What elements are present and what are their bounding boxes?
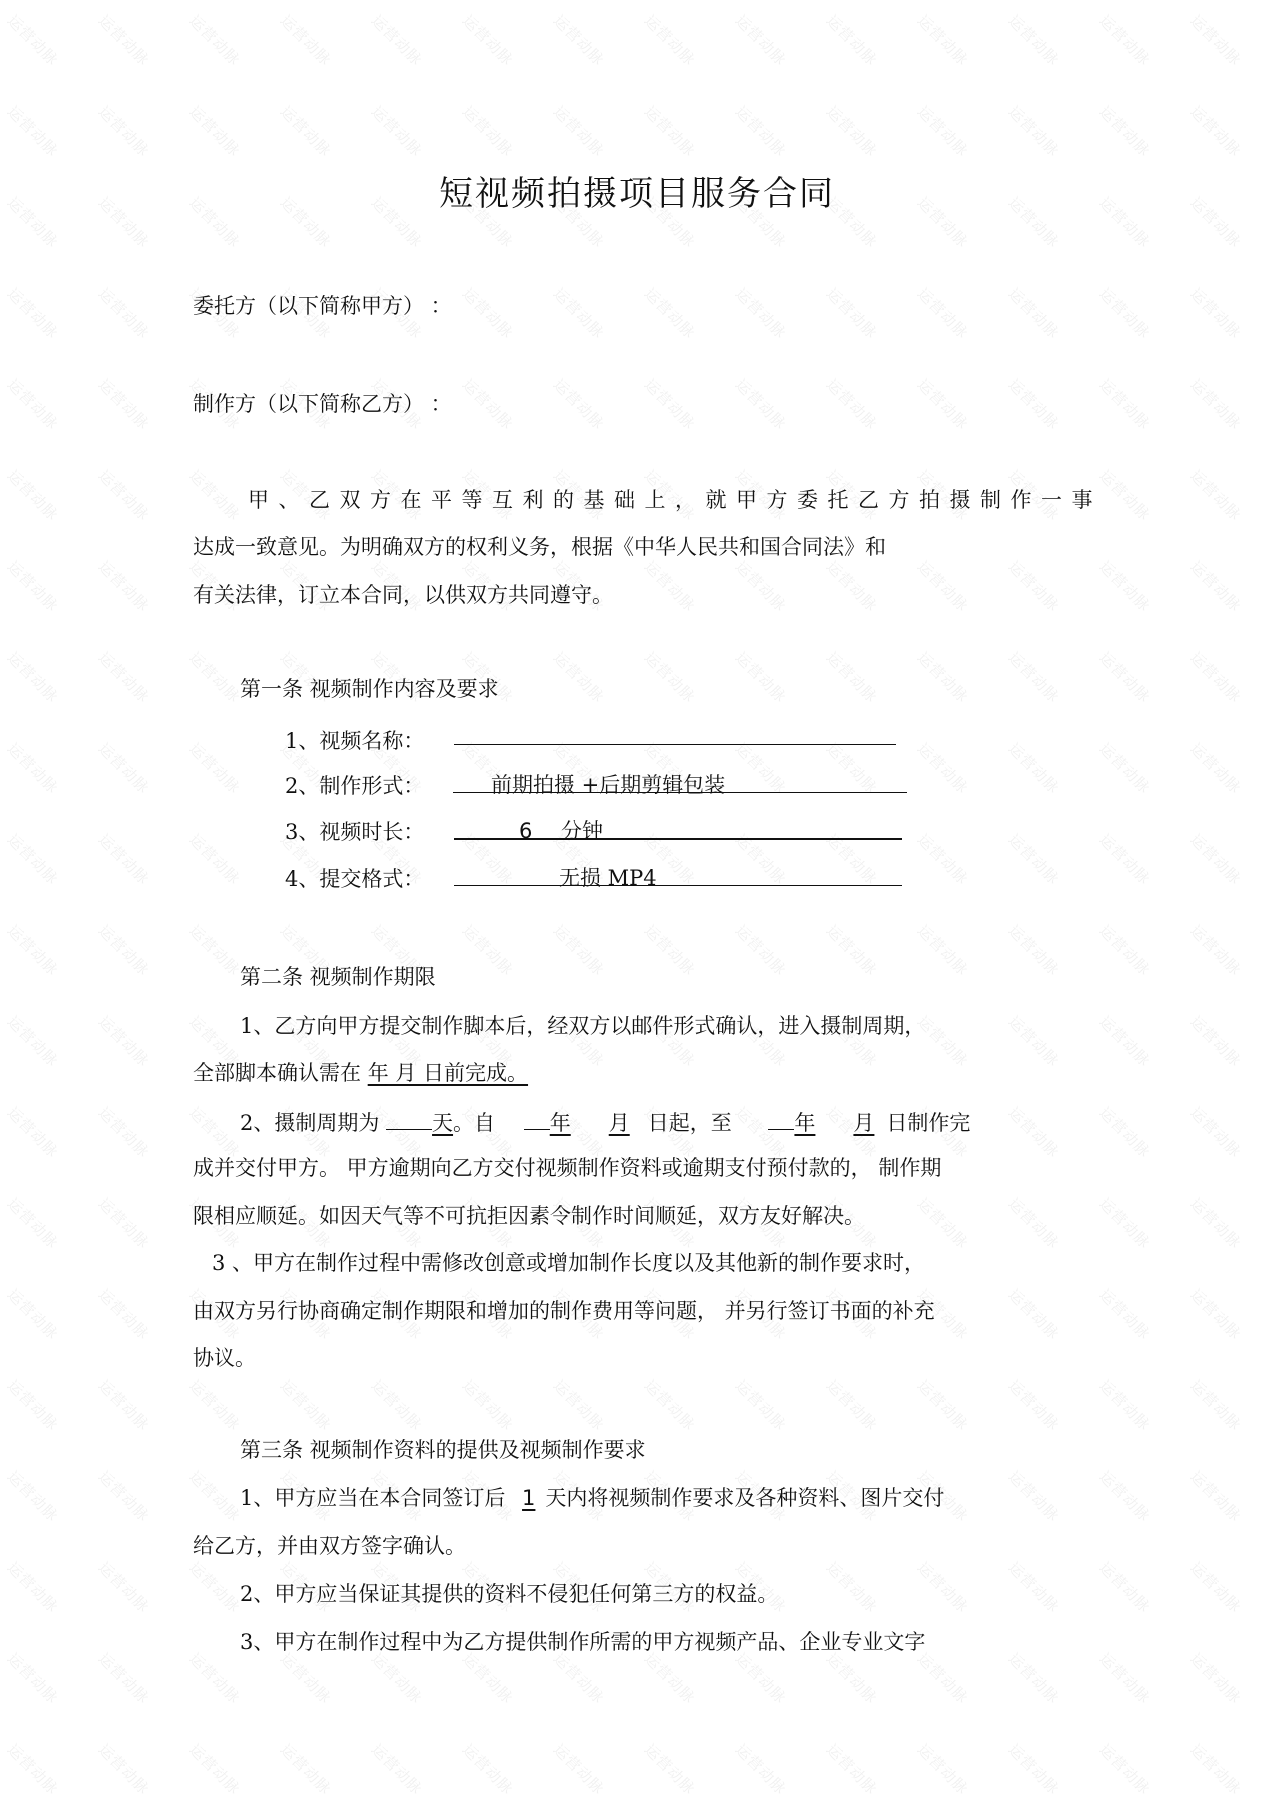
end-month-label[interactable]: 月 [849, 1111, 880, 1135]
article-3-para-1-line-1: 1、甲方应当在本合同签订后 1天内将视频制作要求及各种资料、图片交付 [240, 1484, 944, 1512]
end-day-text: 日制作完 [886, 1111, 970, 1135]
article-3-heading: 第三条 视频制作资料的提供及视频制作要求 [240, 1436, 646, 1464]
client-party-label: 委托方（以下简称甲方） ： [193, 292, 452, 320]
video-duration-number: 6 [519, 817, 532, 845]
video-name-label: 1、视频名称： [285, 727, 424, 755]
document-title: 短视频拍摄项目服务合同 [0, 166, 1274, 215]
production-format-value: 前期拍摄 +后期剪辑包装 [491, 771, 725, 799]
article-3-para-1-line-2: 给乙方，并由双方签字确认。 [193, 1532, 466, 1560]
preamble-line-3: 有关法律，订立本合同，以供双方共同遵守。 [193, 581, 613, 609]
article-2-para-3-line-1: 3 、甲方在制作过程中需修改创意或增加制作长度以及其他新的制作要求时， [212, 1249, 925, 1277]
producer-party-label: 制作方（以下简称乙方） ： [193, 390, 452, 418]
article-2-para-2-line-2: 成并交付甲方。 甲方逾期向乙方交付视频制作资料或逾期支付预付款的， 制作期 [193, 1154, 941, 1182]
article-2-para-1-line-2: 全部脚本确认需在 年 月 日前完成。 [193, 1059, 562, 1087]
start-day-text: 日起，至 [648, 1111, 739, 1135]
article-2-para-3-line-2: 由双方另行协商确定制作期限和增加的制作费用等问题， 并另行签订书面的补充 [193, 1297, 935, 1325]
start-year-blank[interactable] [524, 1107, 550, 1130]
article-2-para-2-line-1: 2、摄制周期为 天。自 年月日起，至 年月日制作完 [240, 1107, 970, 1137]
end-year-blank[interactable] [768, 1107, 794, 1130]
article-3-para-2: 2、甲方应当保证其提供的资料不侵犯任何第三方的权益。 [240, 1580, 778, 1608]
from-text: 。自 [453, 1111, 502, 1135]
materials-deadline-text: 1、甲方应当在本合同签订后 [240, 1486, 512, 1510]
materials-deadline-suffix: 天内将视频制作要求及各种资料、图片交付 [545, 1486, 944, 1510]
article-2-para-3-line-3: 协议。 [193, 1344, 256, 1372]
delivery-format-value: 无损 MP4 [559, 864, 657, 892]
script-confirm-text: 全部脚本确认需在 [193, 1061, 368, 1085]
contract-page: 短视频拍摄项目服务合同 委托方（以下简称甲方） ： 制作方（以下简称乙方） ： … [0, 0, 1274, 1804]
article-2-heading: 第二条 视频制作期限 [240, 963, 436, 991]
delivery-format-label: 4、提交格式： [285, 865, 424, 893]
article-2-para-2-line-3: 限相应顺延。如因天气等不可抗拒因素令制作时间顺延，双方友好解决。 [193, 1202, 865, 1230]
video-duration-label: 3、视频时长： [285, 818, 424, 846]
start-year-label: 年 [550, 1111, 583, 1135]
shoot-days-unit: 天 [432, 1111, 453, 1135]
materials-deadline-days[interactable]: 1 [512, 1486, 545, 1510]
article-3-para-3: 3、甲方在制作过程中为乙方提供制作所需的甲方视频产品、企业专业文字 [240, 1628, 925, 1656]
article-2-para-1-line-1: 1、乙方向甲方提交制作脚本后，经双方以邮件形式确认，进入摄制周期， [240, 1012, 925, 1040]
article-1-heading: 第一条 视频制作内容及要求 [240, 675, 499, 703]
video-duration-unit: 分钟 [561, 817, 603, 845]
shoot-days-blank[interactable] [386, 1107, 432, 1130]
preamble-line-2: 达成一致意见。为明确双方的权利义务，根据《中华人民共和国合同法》和 [193, 533, 886, 561]
end-year-label: 年 [794, 1111, 827, 1135]
shoot-period-text: 2、摄制周期为 [240, 1111, 386, 1135]
video-name-field[interactable] [454, 744, 896, 745]
start-month-label[interactable]: 月 [605, 1111, 636, 1135]
script-confirm-date[interactable]: 年 月 日前完成。 [368, 1061, 562, 1085]
production-format-label: 2、制作形式： [285, 772, 424, 800]
preamble-line-1: 甲、乙双方在平等互利的基础上，就甲方委托乙方拍摄制作一事 [248, 486, 1102, 514]
delivery-format-field[interactable] [454, 885, 902, 886]
